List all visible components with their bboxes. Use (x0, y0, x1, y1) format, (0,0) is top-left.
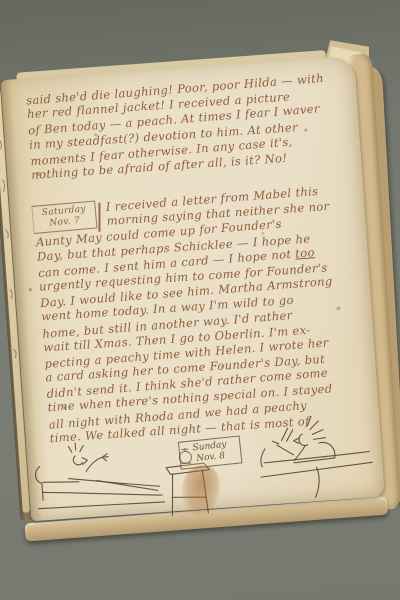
entry-divider-stroke (98, 203, 100, 232)
main-journal-page: said she'd die laughing! Poor, poor Hild… (1, 56, 385, 522)
date-box-saturday: Saturday Nov. 7 (31, 200, 97, 233)
right-figure-in-bed-sketch (257, 412, 374, 501)
foxing-specks (1, 80, 3, 82)
top-paragraph: said she'd die laughing! Poor, poor Hild… (26, 70, 354, 183)
journal-book: said she'd die laughing! Poor, poor Hild… (0, 37, 400, 549)
underlined-word: too (295, 245, 316, 260)
diary-entry: Saturday Nov. 7 I received a letter from… (31, 182, 371, 447)
left-figure-in-bed-sketch (34, 437, 165, 511)
photo-of-journal: said she'd die laughing! Poor, poor Hild… (0, 0, 400, 600)
